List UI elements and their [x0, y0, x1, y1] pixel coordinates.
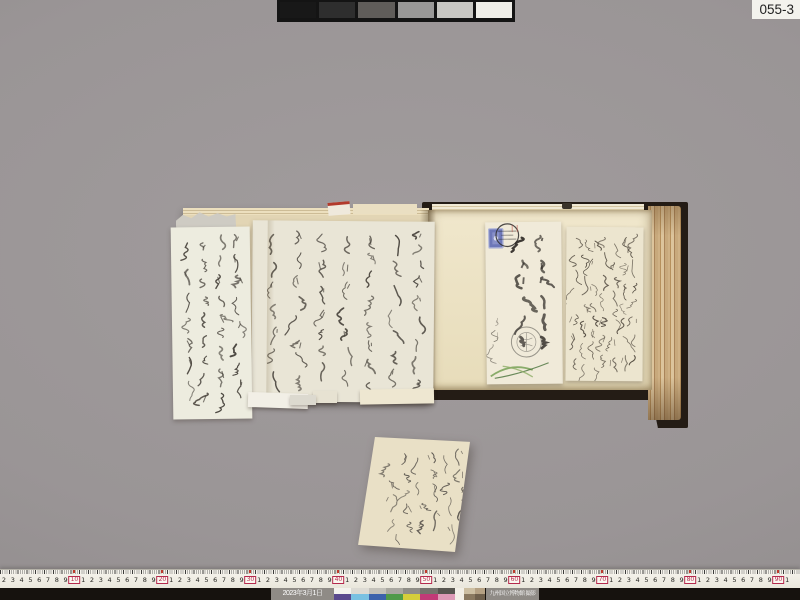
- color-step-patch: [386, 594, 403, 600]
- ruler-number: 5: [644, 575, 648, 585]
- ruler-red-mark: [425, 570, 427, 573]
- ruler-number: 9: [416, 575, 420, 585]
- ruler-number: 8: [143, 575, 147, 585]
- center-letter-handwriting: [251, 220, 435, 403]
- ruler-number: 7: [222, 575, 226, 585]
- ruler-decade-number: 50: [421, 576, 433, 584]
- ruler-number: 8: [407, 575, 411, 585]
- grayscale-calibration-bar: [277, 0, 515, 22]
- postcard: [485, 222, 563, 385]
- color-step-patch: [403, 594, 420, 600]
- ruler-red-mark: [73, 570, 75, 573]
- ruler-number: 6: [565, 575, 569, 585]
- ruler-decade-number: 40: [333, 576, 345, 584]
- ruler-number: 5: [556, 575, 560, 585]
- ruler-number: 1: [609, 575, 613, 585]
- ruler-number: 5: [292, 575, 296, 585]
- ruler-number: 5: [28, 575, 32, 585]
- red-edged-slip: [327, 201, 350, 216]
- ruler-decade-number: 10: [69, 576, 81, 584]
- color-calibration-strip: [334, 588, 455, 600]
- bottom-info-strip: 2023年3月1日 九州国立博物館 撮影: [0, 588, 800, 600]
- tan-reference-patches: [464, 588, 485, 600]
- ruler-number: 4: [108, 575, 112, 585]
- ruler-number: 2: [706, 575, 710, 585]
- left-letter-handwriting: [171, 226, 253, 419]
- ruler-number: 2: [442, 575, 446, 585]
- ruler-number: 4: [724, 575, 728, 585]
- ruler-number: 9: [768, 575, 772, 585]
- ruler-number: 9: [592, 575, 596, 585]
- ruler-number: 5: [116, 575, 120, 585]
- ruler-number: 2: [266, 575, 270, 585]
- ruler-number: 5: [204, 575, 208, 585]
- ruler-number: 9: [64, 575, 68, 585]
- ruler-number: 4: [636, 575, 640, 585]
- ruler-number: 7: [750, 575, 754, 585]
- ruler-number: 1: [257, 575, 261, 585]
- ruler-red-mark: [337, 570, 339, 573]
- ruler-number: 8: [495, 575, 499, 585]
- ruler-number: 6: [653, 575, 657, 585]
- color-step-patch: [438, 594, 455, 600]
- ruler-number: 2: [2, 575, 6, 585]
- paper-slip: [313, 391, 337, 403]
- ruler-number: 9: [152, 575, 156, 585]
- tan-patch: [475, 594, 486, 600]
- ruler-number: 3: [363, 575, 367, 585]
- note-handwriting: [362, 437, 474, 556]
- ruler-number: 1: [81, 575, 85, 585]
- ruler-number: 7: [574, 575, 578, 585]
- color-step-patch: [369, 594, 386, 600]
- ruler-number: 6: [741, 575, 745, 585]
- ruler-red-mark: [601, 570, 603, 573]
- ruler-number: 7: [134, 575, 138, 585]
- left-letter-sheet: [171, 226, 253, 419]
- ruler-number: 3: [11, 575, 15, 585]
- ruler-number: 6: [125, 575, 129, 585]
- measuring-tape-ruler: 2345678910123456789201234567893012345678…: [0, 569, 800, 589]
- ruler-decade-number: 70: [597, 576, 609, 584]
- ruler-number: 6: [477, 575, 481, 585]
- grayscale-patch: [476, 2, 512, 18]
- grayscale-patch: [319, 2, 355, 18]
- ruler-number: 6: [213, 575, 217, 585]
- ruler-number: 2: [354, 575, 358, 585]
- ruler-number: 6: [301, 575, 305, 585]
- paper-slip: [360, 388, 434, 404]
- ruler-decade-number: 20: [157, 576, 169, 584]
- ruler-decade-number: 60: [509, 576, 521, 584]
- ruler-number: 4: [284, 575, 288, 585]
- cursive-letter-handwriting: [565, 227, 643, 382]
- ruler-number: 9: [240, 575, 244, 585]
- ruler-number: 5: [732, 575, 736, 585]
- ruler-number: 5: [380, 575, 384, 585]
- ruler-number: 8: [583, 575, 587, 585]
- ruler-red-mark: [513, 570, 515, 573]
- ruler-number: 8: [231, 575, 235, 585]
- ruler-number: 3: [187, 575, 191, 585]
- ruler-number: 1: [433, 575, 437, 585]
- ruler-red-mark: [777, 570, 779, 573]
- color-step-patch: [351, 594, 368, 600]
- ruler-number: 1: [521, 575, 525, 585]
- ruler-number: 9: [504, 575, 508, 585]
- ruler-number: 4: [460, 575, 464, 585]
- ruler-number: 3: [715, 575, 719, 585]
- ruler-number: 2: [90, 575, 94, 585]
- ruler-number: 3: [99, 575, 103, 585]
- note-paper: [356, 432, 476, 556]
- ruler-number: 7: [46, 575, 50, 585]
- museum-credit: 九州国立博物館 撮影: [486, 588, 539, 600]
- ruler-number: 4: [372, 575, 376, 585]
- color-step-patch: [420, 594, 437, 600]
- grayscale-patch: [280, 2, 316, 18]
- ruler-number: 8: [319, 575, 323, 585]
- ruler-number: 3: [275, 575, 279, 585]
- ruler-number: 4: [196, 575, 200, 585]
- ruler-number: 7: [310, 575, 314, 585]
- leaf-print-decoration: [489, 356, 555, 381]
- color-step-patch: [334, 594, 351, 600]
- ruler-number: 2: [618, 575, 622, 585]
- paper-slip: [290, 395, 316, 405]
- ruler-red-mark: [161, 570, 163, 573]
- ruler-number: 7: [662, 575, 666, 585]
- grayscale-patch: [398, 2, 434, 18]
- ruler-number: 3: [539, 575, 543, 585]
- ruler-number: 4: [20, 575, 24, 585]
- ruler-decade-number: 30: [245, 576, 257, 584]
- ruler-decade-number: 90: [773, 576, 785, 584]
- ruler-red-mark: [249, 570, 251, 573]
- round-seal-stamp: [508, 324, 544, 360]
- grayscale-patch: [437, 2, 473, 18]
- ruler-number: 8: [759, 575, 763, 585]
- ruler-number: 1: [785, 575, 789, 585]
- ruler-ticks: [0, 570, 800, 574]
- cursive-letter-sheet: [565, 227, 643, 382]
- tan-patch: [464, 594, 475, 600]
- center-letter-sheet: [251, 220, 435, 403]
- ruler-decade-number: 80: [685, 576, 697, 584]
- ruler-number: 2: [178, 575, 182, 585]
- ruler-number: 9: [328, 575, 332, 585]
- ruler-number: 1: [345, 575, 349, 585]
- ruler-number: 3: [451, 575, 455, 585]
- ruler-number: 6: [37, 575, 41, 585]
- pasted-note-card: [356, 432, 476, 556]
- ruler-number: 3: [627, 575, 631, 585]
- paper-slip: [353, 204, 417, 214]
- ruler-number: 4: [548, 575, 552, 585]
- white-reference-patch: [455, 588, 464, 600]
- ruler-number: 9: [680, 575, 684, 585]
- ruler-number: 7: [398, 575, 402, 585]
- ruler-number: 2: [530, 575, 534, 585]
- ruler-number: 7: [486, 575, 490, 585]
- ruler-number: 1: [169, 575, 173, 585]
- photo-id-label: 055-3: [752, 0, 800, 19]
- ruler-red-mark: [689, 570, 691, 573]
- dark-tab: [562, 203, 572, 209]
- open-album-book: [170, 200, 690, 432]
- ruler-number: 8: [55, 575, 59, 585]
- ruler-number: 1: [697, 575, 701, 585]
- date-stamp: 2023年3月1日: [271, 588, 334, 600]
- archive-photograph: 055-3: [0, 0, 800, 600]
- ruler-number: 5: [468, 575, 472, 585]
- ruler-number: 6: [389, 575, 393, 585]
- ruler-number: 8: [671, 575, 675, 585]
- grayscale-patch: [358, 2, 394, 18]
- book-fore-edge: [648, 206, 681, 420]
